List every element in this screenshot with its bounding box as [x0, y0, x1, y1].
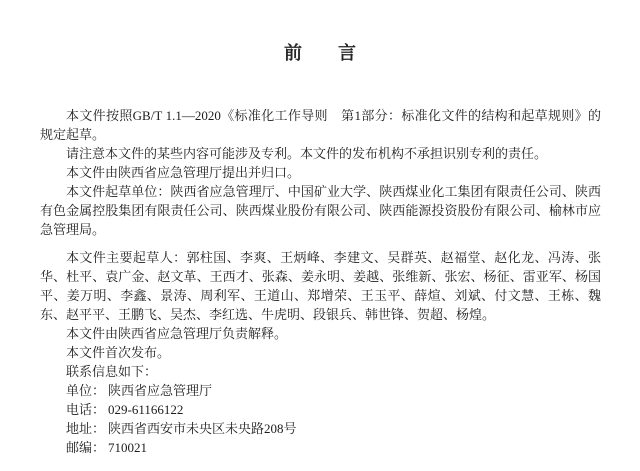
- contact-line-postcode: 邮编：710021: [40, 438, 601, 457]
- para-first-issue: 本文件首次发布。: [40, 343, 601, 362]
- contact-unit-label: 单位：: [66, 383, 105, 398]
- para-main-drafters: 本文件主要起草人：郭柱国、李爽、王炳峰、李建文、吴群英、赵福堂、赵化龙、冯涛、张…: [40, 248, 601, 324]
- para-interpretation: 本文件由陕西省应急管理厅负责解释。: [40, 324, 601, 343]
- contact-phone-value: 029-61166122: [108, 402, 183, 417]
- para-drafting-organizations: 本文件起草单位：陕西省应急管理厅、中国矿业大学、陕西煤业化工集团有限责任公司、陕…: [40, 182, 601, 239]
- contact-line-unit: 单位：陕西省应急管理厅: [40, 381, 601, 400]
- contact-line-address: 地址：陕西省西安市未央区未央路208号: [40, 419, 601, 438]
- para-drafting-basis: 本文件按照GB/T 1.1—2020《标准化工作导则 第1部分：标准化文件的结构…: [40, 106, 601, 144]
- contact-postcode-value: 710021: [108, 440, 147, 455]
- page-title: 前 言: [0, 0, 640, 64]
- contact-unit-value: 陕西省应急管理厅: [108, 383, 212, 398]
- document-page: 前 言 本文件按照GB/T 1.1—2020《标准化工作导则 第1部分：标准化文…: [0, 0, 640, 471]
- contact-address-value: 陕西省西安市未央区未央路208号: [108, 421, 297, 436]
- para-patent-notice: 请注意本文件的某些内容可能涉及专利。本文件的发布机构不承担识别专利的责任。: [40, 144, 601, 163]
- para-proposed-by: 本文件由陕西省应急管理厅提出并归口。: [40, 163, 601, 182]
- contact-heading: 联系信息如下：: [40, 362, 601, 381]
- contact-postcode-label: 邮编：: [66, 440, 105, 455]
- contact-phone-label: 电话：: [66, 402, 105, 417]
- preface-body: 本文件按照GB/T 1.1—2020《标准化工作导则 第1部分：标准化文件的结构…: [40, 106, 601, 457]
- contact-line-phone: 电话：029-61166122: [40, 400, 601, 419]
- contact-address-label: 地址：: [66, 421, 105, 436]
